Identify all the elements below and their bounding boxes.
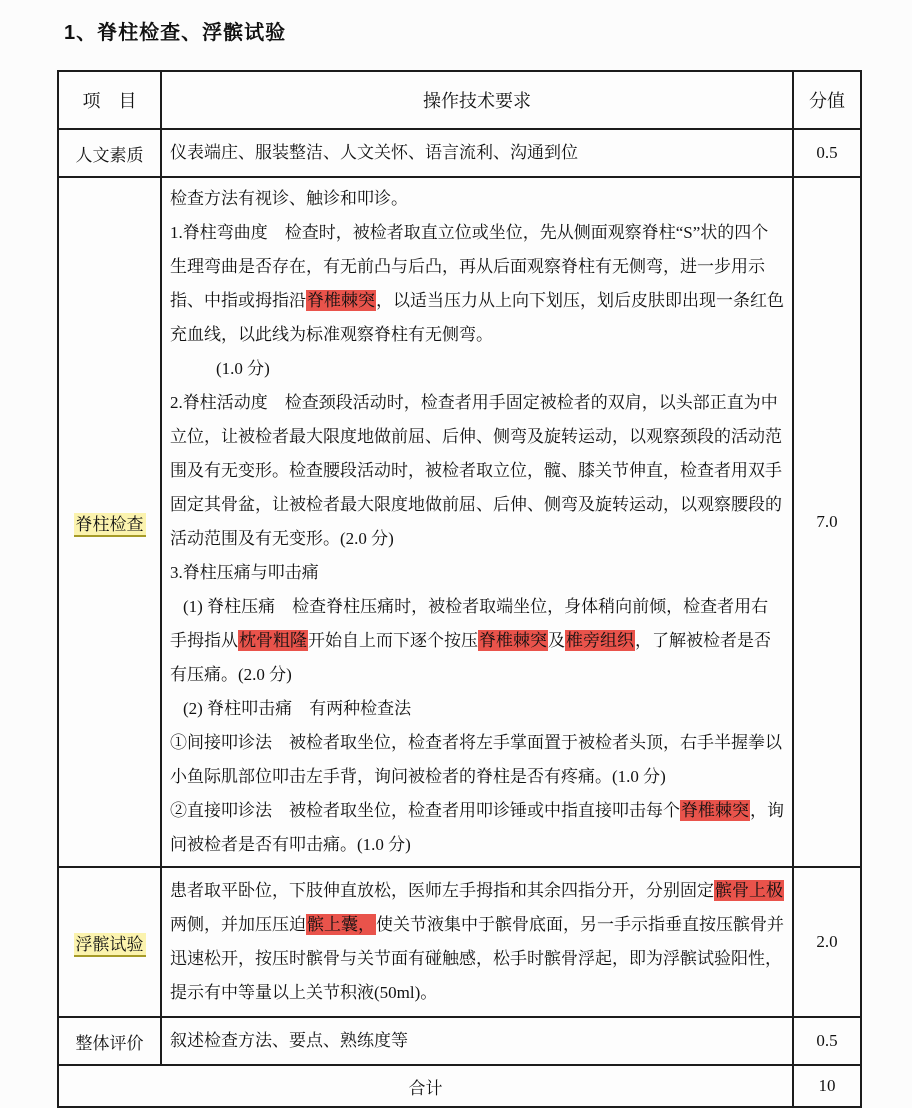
- table-row-patella: 浮髌试验 患者取平卧位，下肢伸直放松，医师左手拇指和其余四指分开，分别固定髌骨上…: [58, 867, 861, 1017]
- row-score-patella: 2.0: [793, 867, 861, 1017]
- text-segment: 及: [548, 631, 565, 650]
- red-highlight-spinous-process: 脊椎棘突: [680, 800, 750, 821]
- table-row-spine: 脊柱检查 检查方法有视诊、触诊和叩诊。 1.脊柱弯曲度 检查时，被检者取直立位或…: [58, 177, 861, 867]
- assessment-table: 项 目 操作技术要求 分值 人文素质 仪表端庄、服装整洁、人文关怀、语言流利、沟…: [57, 70, 862, 1108]
- row-score-humanistic: 0.5: [793, 129, 861, 177]
- red-highlight-spinous-process: 脊椎棘突: [478, 630, 548, 651]
- row-label-spine-cell: 脊柱检查: [58, 177, 161, 867]
- paragraph-percussion-heading: (2) 脊柱叩击痛 有两种检查法: [170, 692, 784, 726]
- header-item: 项 目: [58, 71, 161, 129]
- row-text-overall: 叙述检查方法、要点、熟练度等: [161, 1017, 793, 1065]
- table-header-row: 项 目 操作技术要求 分值: [58, 71, 861, 129]
- row-score-overall: 0.5: [793, 1017, 861, 1065]
- row-content-spine: 检查方法有视诊、触诊和叩诊。 1.脊柱弯曲度 检查时，被检者取直立位或坐位，先从…: [161, 177, 793, 867]
- paragraph-intro: 检查方法有视诊、触诊和叩诊。: [170, 182, 784, 216]
- text-segment: 开始自上而下逐个按压: [308, 631, 478, 650]
- text-segment: 两侧，并加压压迫: [170, 915, 306, 934]
- row-label-spine-highlighted: 脊柱检查: [74, 513, 146, 537]
- text-segment: 患者取平卧位，下肢伸直放松，医师左手拇指和其余四指分开，分别固定: [170, 881, 714, 900]
- row-content-patella: 患者取平卧位，下肢伸直放松，医师左手拇指和其余四指分开，分别固定髌骨上极两侧，并…: [161, 867, 793, 1017]
- row-label-humanistic: 人文素质: [58, 129, 161, 177]
- table-row-overall: 整体评价 叙述检查方法、要点、熟练度等 0.5: [58, 1017, 861, 1065]
- paragraph-patella-test: 患者取平卧位，下肢伸直放松，医师左手拇指和其余四指分开，分别固定髌骨上极两侧，并…: [170, 874, 784, 1010]
- red-highlight-spinous-process: 脊椎棘突: [306, 290, 376, 311]
- paragraph-indirect-percussion: ①间接叩诊法 被检者取坐位，检查者将左手掌面置于被检者头顶，右手半握拳以小鱼际肌…: [170, 726, 784, 794]
- header-requirements: 操作技术要求: [161, 71, 793, 129]
- paragraph-curvature: 1.脊柱弯曲度 检查时，被检者取直立位或坐位，先从侧面观察脊柱“S”状的四个生理…: [170, 216, 784, 352]
- paragraph-direct-percussion: ②直接叩诊法 被检者取坐位，检查者用叩诊锤或中指直接叩击每个脊椎棘突，询问被检者…: [170, 794, 784, 862]
- row-text-humanistic: 仪表端庄、服装整洁、人文关怀、语言流利、沟通到位: [161, 129, 793, 177]
- page-title: 1、脊柱检查、浮髌试验: [64, 16, 286, 45]
- red-highlight-occipital-protuberance: 枕骨粗隆: [238, 630, 308, 651]
- red-highlight-suprapatellar-bursa: 髌上囊，: [306, 914, 376, 935]
- paragraph-score-1: (1.0 分): [170, 352, 784, 386]
- paragraph-mobility: 2.脊柱活动度 检查颈段活动时，检查者用手固定被检者的双肩，以头部正直为中立位，…: [170, 386, 784, 556]
- table-row-humanistic: 人文素质 仪表端庄、服装整洁、人文关怀、语言流利、沟通到位 0.5: [58, 129, 861, 177]
- row-score-spine: 7.0: [793, 177, 861, 867]
- text-segment: ②直接叩诊法 被检者取坐位，检查者用叩诊锤或中指直接叩击每个: [170, 801, 680, 820]
- row-label-patella-highlighted: 浮髌试验: [74, 933, 146, 957]
- row-label-patella-cell: 浮髌试验: [58, 867, 161, 1017]
- paragraph-pressure-pain: (1) 脊柱压痛 检查脊柱压痛时，被检者取端坐位，身体稍向前倾，检查者用右手拇指…: [170, 590, 784, 692]
- header-score: 分值: [793, 71, 861, 129]
- paragraph-tenderness-heading: 3.脊柱压痛与叩击痛: [170, 556, 784, 590]
- red-highlight-patella-upper-pole: 髌骨上极: [714, 880, 784, 901]
- red-highlight-paravertebral-tissue: 椎旁组织: [565, 630, 635, 651]
- row-label-overall: 整体评价: [58, 1017, 161, 1065]
